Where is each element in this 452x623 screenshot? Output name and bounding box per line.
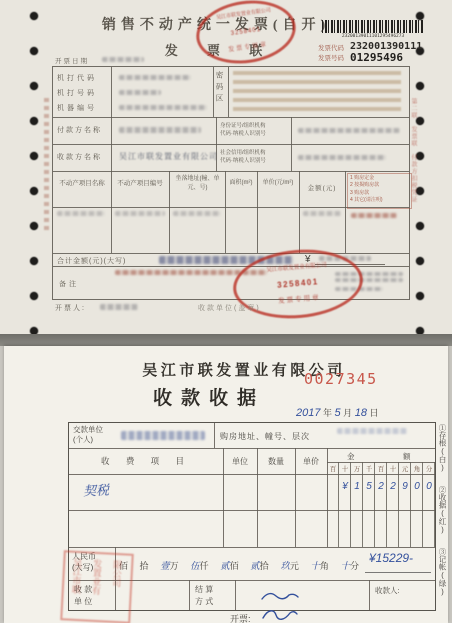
password-area-content	[233, 71, 401, 113]
paper-gap	[0, 334, 452, 346]
scanned-documents-photo: 销售不动产统一发票(自开) 发 票 联 吴江市联发置业有限公司 3258401 …	[0, 0, 452, 623]
payer-unit-label-line2: (个人)	[73, 435, 103, 445]
red-oval-stamp-top: 吴江市联发置业有限公司 3258401 发票专用章	[192, 0, 300, 70]
daxie-unit: 拾	[140, 561, 149, 571]
payment-type-legend: 1 购房定金 2 按揭购房款 3 购房款 4 其它(请注明)	[347, 173, 412, 209]
unit-header: 单位	[223, 456, 257, 467]
daxie-unit: 角	[320, 561, 329, 571]
address-label: 购房地址、幢号、层次	[220, 431, 310, 442]
cashier-label: 收款人:	[375, 585, 400, 596]
daxie-hand-char: 玖	[280, 561, 290, 572]
password-area-label: 密码区	[214, 71, 225, 115]
digit-headers-row: 百 十 万 千 百 十 元 角 分	[327, 464, 435, 473]
col-project-name: 不动产项目名称	[54, 179, 110, 189]
barcode	[322, 20, 424, 33]
digit-header: 百	[327, 464, 339, 473]
daxie-unit: 拾	[260, 561, 269, 571]
invoice-code-label: 发票代码	[318, 43, 344, 52]
daxie-unit: 仟	[200, 561, 209, 571]
stamp-col-text: 吴江市联	[69, 558, 85, 615]
legend-line: 4 其它(请注明)	[350, 197, 409, 204]
date-day-handwritten: 18	[355, 407, 367, 419]
stamp-company-text: 吴江市联发置业有限公司	[197, 5, 291, 24]
digit-header: 角	[411, 464, 423, 473]
amount-header-e: 额	[403, 451, 411, 462]
receipt-issuer-label: 开票:	[230, 612, 251, 623]
receipt-company: 吴江市联发置业有限公司	[44, 359, 444, 380]
col-amount: 金额(元)	[300, 183, 344, 192]
daxie-hand-char: 十	[310, 561, 320, 572]
col-address: 坐落地址(幢、单元、号)	[171, 175, 224, 193]
amount-digit-grid	[327, 462, 435, 547]
daxie-unit: 佰	[230, 561, 239, 571]
date-year-unit: 年	[323, 408, 332, 418]
daxie-hand-char: 伍	[190, 561, 200, 572]
digit-header: 十	[387, 464, 399, 473]
legend-line: 2 按揭购房款	[350, 182, 409, 189]
issue-date-label: 开票日期	[55, 56, 89, 65]
invoice-document: 销售不动产统一发票(自开) 发 票 联 吴江市联发置业有限公司 3258401 …	[0, 0, 452, 334]
col-price: 单价(元/m²)	[258, 179, 298, 187]
col-area: 面积(m²)	[226, 179, 256, 187]
col-project-no: 不动产项目编号	[112, 179, 168, 189]
digit-header: 分	[423, 464, 435, 473]
amount-digit: 1	[351, 481, 363, 492]
date-month-unit: 月	[343, 408, 352, 418]
price-header: 单价	[295, 456, 327, 467]
daxie-units-row: 佰 拾 壹万 伍仟 贰佰 贰拾 玖元 十角 十分	[119, 556, 359, 574]
settlement-label-line2: 方 式	[195, 596, 213, 608]
amount-digit: 2	[375, 481, 387, 492]
machine-code-label: 机打代码	[57, 73, 97, 83]
payer-unit-label-line1: 交款单位	[73, 425, 103, 435]
daxie-hand-char: 壹	[160, 561, 170, 572]
invoice-issuer-label: 开票人:	[55, 303, 86, 313]
date-day-unit: 日	[369, 408, 378, 418]
total-amount-label: 合计金额(元)(大写)	[57, 256, 126, 266]
daxie-hand-char: 贰	[220, 561, 230, 572]
settlement-label-line1: 结 算	[195, 584, 213, 596]
amount-digits-handwritten: ¥ 1 5 2 2 9 0 0	[327, 481, 435, 492]
digit-header: 十	[339, 464, 351, 473]
seal-hint-text: 收款单位(盖章)	[198, 303, 261, 313]
machine-number-label: 机打号码	[57, 88, 97, 98]
daxie-unit: 万	[170, 561, 179, 571]
stamp-col-text: 发置业有	[89, 559, 105, 616]
payee-name-value: 吴江市联发置业有限公司	[119, 151, 218, 162]
payee-id-label-line1: 社会信用/组织机构	[220, 149, 266, 157]
receipt-document: 吴江市联发置业有限公司 收款收据 0027345 2017 年 5 月 18 日	[4, 346, 448, 623]
daxie-hand-char: 贰	[250, 561, 260, 572]
copy-caption-stub: ①存根(白)	[437, 424, 448, 478]
amount-digit: 9	[399, 481, 411, 492]
daxie-hand-char: 十	[340, 561, 350, 572]
red-square-stamp: 吴江市联 发置业有 限公司	[60, 550, 134, 623]
invoice-number-label: 发票号码	[318, 53, 344, 62]
daxie-unit: 分	[350, 561, 359, 571]
payer-id-label-line1: 身份证号/组织机构	[220, 122, 266, 130]
amount-digit: 0	[423, 481, 435, 492]
date-year-handwritten: 2017	[296, 407, 320, 419]
left-margin-print	[44, 95, 49, 230]
amount-header-jin: 金	[347, 451, 355, 462]
digit-header: 千	[363, 464, 375, 473]
fee-item-handwritten: 契税	[83, 479, 110, 499]
copy-caption-ledger: ③记帐(绿)	[437, 548, 448, 602]
amount-digit: 5	[363, 481, 375, 492]
machine-id-label: 机器编号	[57, 103, 97, 113]
daxie-unit: 元	[290, 561, 299, 571]
digit-header: 元	[399, 464, 411, 473]
receipt-date: 2017 年 5 月 18 日	[296, 406, 378, 419]
amount-digit: 2	[387, 481, 399, 492]
amount-digit	[327, 481, 339, 492]
qty-header: 数量	[257, 456, 295, 467]
payer-name-label: 付款方名称	[57, 125, 102, 135]
fee-item-header: 收 费 项 目	[69, 455, 223, 467]
issuer-signature-scribble	[260, 606, 300, 623]
payee-id-label-line2: 代码·纳税人识别号	[220, 157, 266, 165]
receipt-serial-number: 0027345	[304, 370, 378, 388]
amount-digit: 0	[411, 481, 423, 492]
tractor-feed-holes-left	[28, 0, 40, 334]
barcode-number: 23200139011101295496273	[322, 34, 424, 39]
digit-header: 万	[351, 464, 363, 473]
remark-label: 备注	[59, 279, 79, 289]
settlement-handwritten-scribble	[259, 587, 301, 605]
issue-date-value-smudge	[102, 57, 144, 62]
copy-caption-receipt: ②收据(红)	[437, 486, 448, 540]
copy-side-note: 第二联 发票联 付款方扣税凭证	[409, 98, 418, 230]
daxie-amount-handwritten: ¥15229-	[369, 551, 413, 565]
date-month-handwritten: 5	[335, 407, 341, 419]
legend-line: 3 购房款	[350, 190, 409, 197]
digit-header: 百	[375, 464, 387, 473]
payer-id-label-line2: 代码·纳税人识别号	[220, 130, 266, 138]
stamp-col-text: 限公司	[109, 560, 125, 617]
invoice-number-value: 01295496	[350, 51, 403, 64]
amount-digit: ¥	[339, 481, 351, 492]
payee-name-label: 收款方名称	[57, 152, 102, 162]
